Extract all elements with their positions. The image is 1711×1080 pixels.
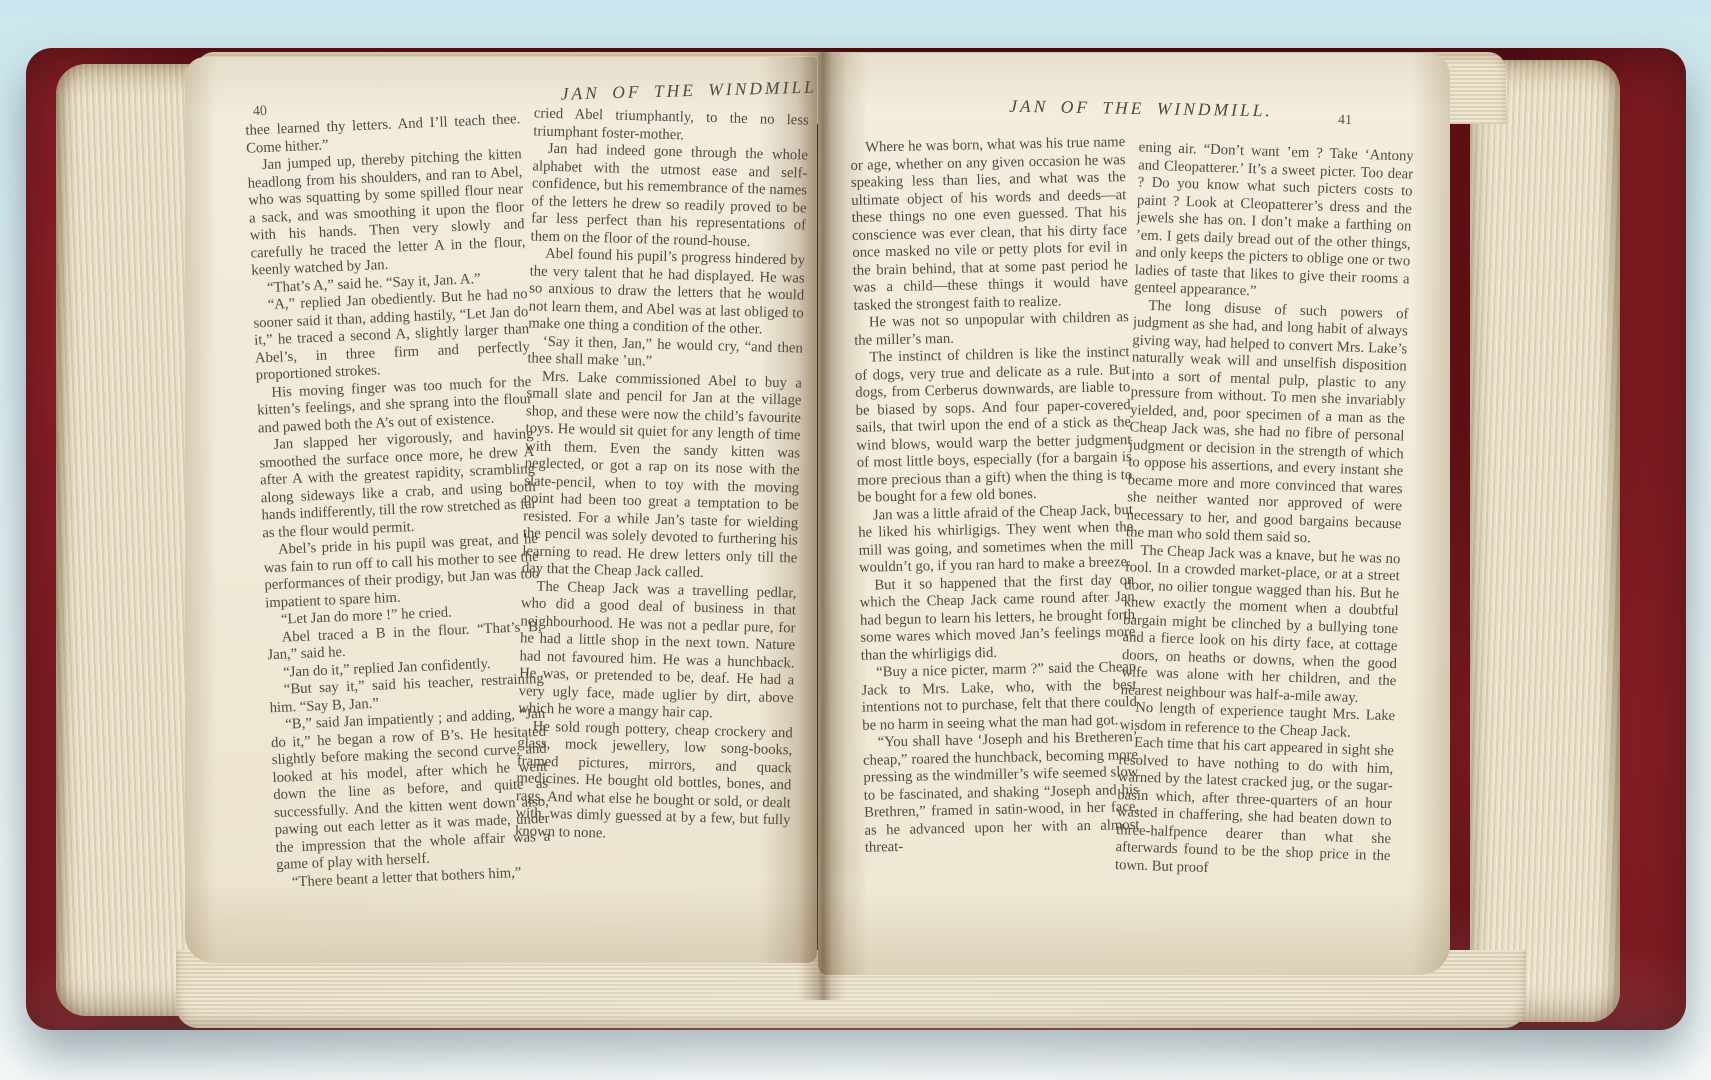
book: 40 JAN OF THE WINDMILL. thee learned thy… <box>26 30 1686 1048</box>
paragraph: Jan slapped her vigorously, and having s… <box>258 426 537 542</box>
paragraph: Jan was a little afraid of the Cheap Jac… <box>858 502 1134 578</box>
text-columns-left: thee learned thy letters. And I’ll teach… <box>245 109 809 927</box>
running-head-left: JAN OF THE WINDMILL. <box>410 72 817 109</box>
paragraph: The long disuse of such powers of judgme… <box>1126 297 1409 551</box>
paragraph: “You shall have ‘Joseph and his Brethere… <box>862 729 1140 857</box>
paragraph: But it so happened that the first day on… <box>859 572 1136 665</box>
paragraph: Abel found his pupil’s progress hindered… <box>528 245 805 340</box>
paragraph: He sold rough pottery, cheap crockery an… <box>515 718 793 848</box>
column-1-page-40: thee learned thy letters. And I’ll teach… <box>245 111 554 932</box>
photo-background: 40 JAN OF THE WINDMILL. thee learned thy… <box>0 0 1711 1080</box>
paragraph: Jan had indeed gone through the whole al… <box>530 140 808 252</box>
paragraph: Where he was born, what was his true nam… <box>850 134 1129 315</box>
paragraph: The Cheap Jack was a travelling pedlar, … <box>518 578 797 725</box>
page-edges-right <box>1470 60 1620 1022</box>
paragraph: The instinct of children is like the ins… <box>854 344 1132 507</box>
paragraph: Jan jumped up, thereby pitching the kitt… <box>247 146 527 280</box>
paragraph: “A,” replied Jan obediently. But he had … <box>252 286 530 385</box>
column-2-page-41: ening air. “Don’t want ’em ? Take ‘Anton… <box>1112 139 1414 958</box>
paragraph: He was not so unpopular with children as… <box>854 309 1130 350</box>
column-2-page-40: cried Abel triumphantly, to the no less … <box>513 105 809 922</box>
text-columns-right: Where he was born, what was his true nam… <box>850 137 1428 954</box>
paragraph: Abel’s pride in his pupil was great, and… <box>263 531 541 612</box>
page-40: 40 JAN OF THE WINDMILL. thee learned thy… <box>185 57 817 963</box>
column-1-page-41: Where he was born, what was his true nam… <box>850 134 1142 950</box>
paragraph: “B,” said Jan impatiently ; and adding, … <box>270 706 551 875</box>
paragraph: ening air. “Don’t want ’em ? Take ‘Anton… <box>1134 139 1414 306</box>
paragraph: “Buy a nice picter, marm ?” said the Che… <box>861 659 1137 735</box>
page-41: 41 JAN OF THE WINDMILL. Where he was bor… <box>818 53 1450 975</box>
paragraph: The Cheap Jack was a knave, but he was n… <box>1121 542 1401 709</box>
paragraph: Mrs. Lake commissioned Abel to buy a sma… <box>522 368 802 585</box>
paragraph: Each time that his cart appeared in sigh… <box>1115 734 1394 883</box>
running-head-right: JAN OF THE WINDMILL. <box>856 93 1426 124</box>
